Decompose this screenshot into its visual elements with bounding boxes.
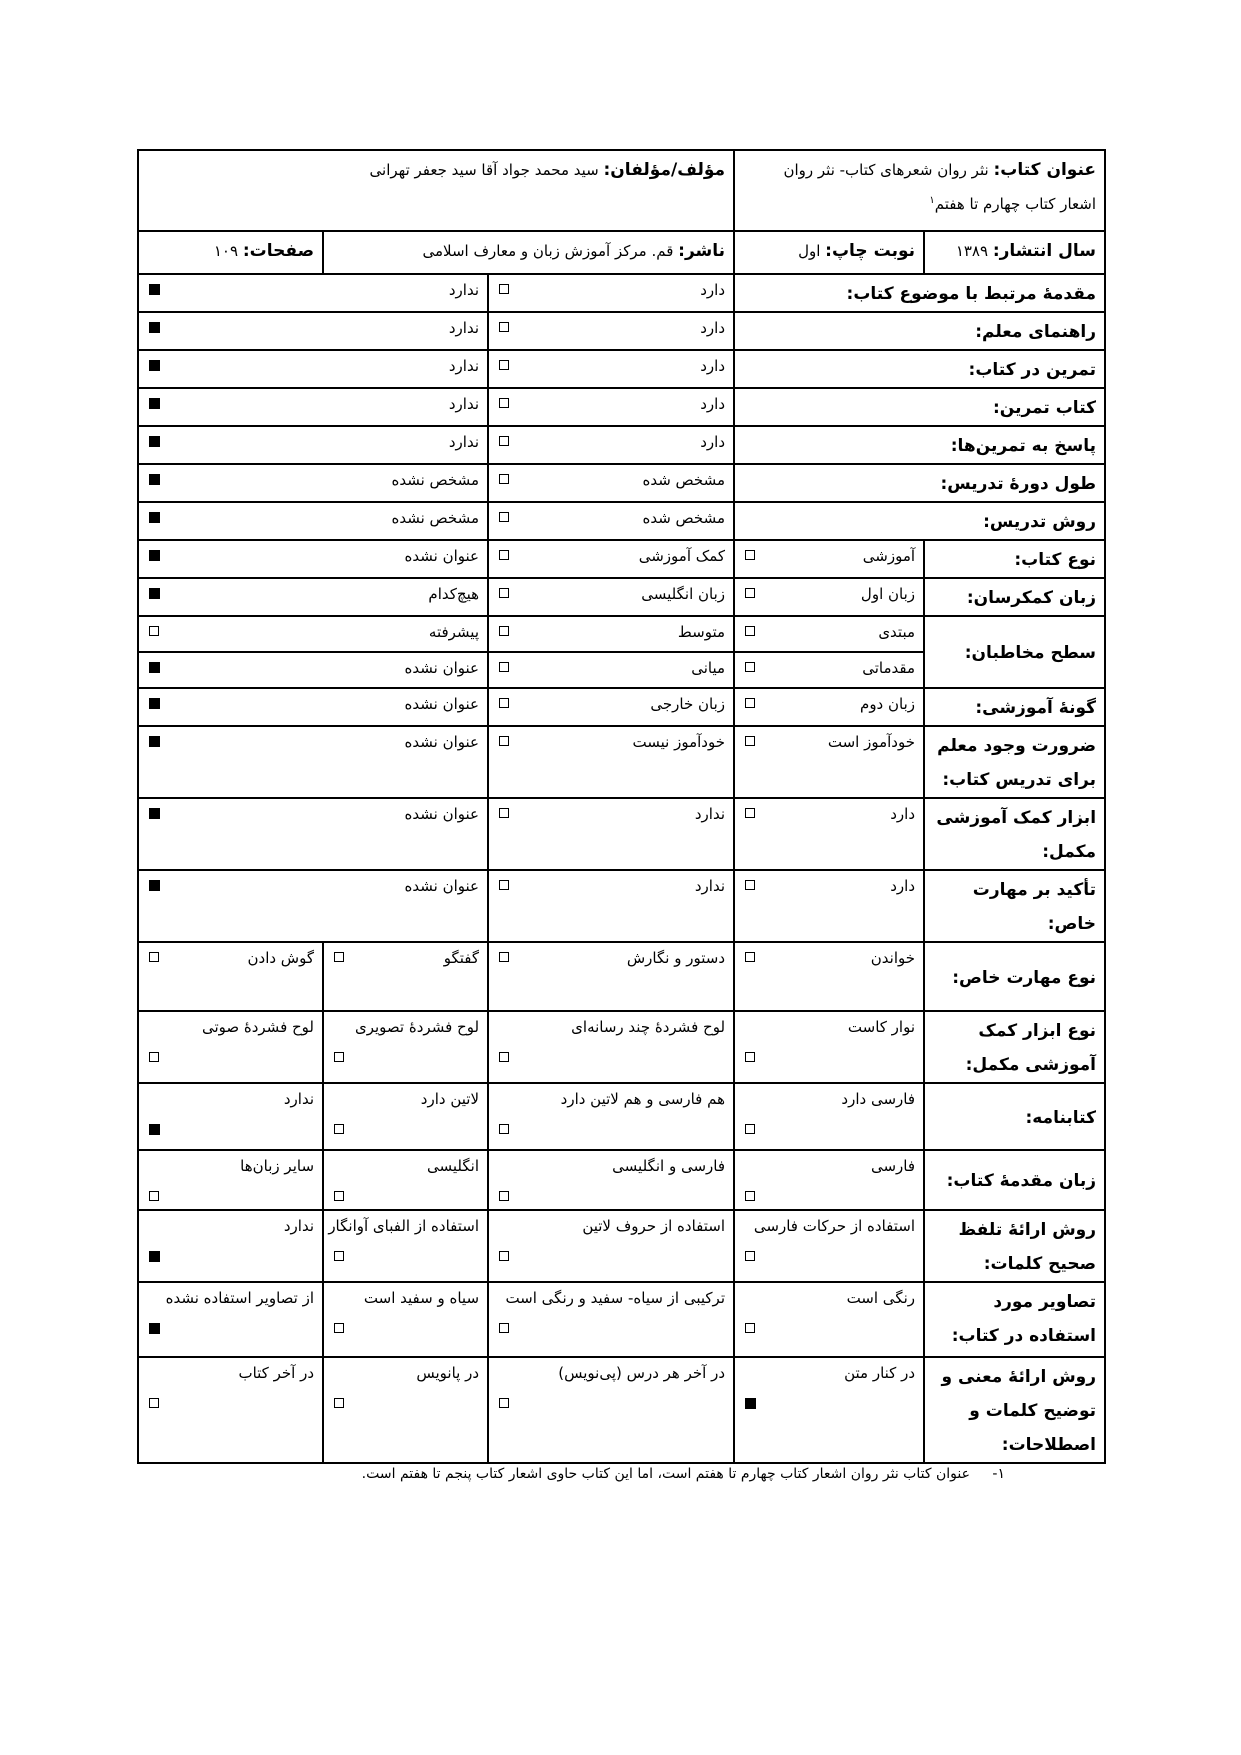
option-label: دارد [497,313,725,343]
footnote-number: ۱- [992,1466,1005,1482]
checkbox-checked-icon[interactable] [149,284,160,295]
publisher-label: ناشر: [678,241,725,261]
option-cell: ندارد [488,870,734,942]
option-label: مشخص نشده [147,503,479,533]
option-label: دارد [497,351,725,381]
option-cell: ندارد [138,1083,323,1150]
option-cell: مشخص شده [488,502,734,540]
option-label: ندارد [147,275,479,305]
pages-cell: صفحات: ۱۰۹ [138,231,323,274]
checkbox-unchecked-icon[interactable] [499,588,509,598]
option-cell: مشخص نشده [138,502,488,540]
option-cell: لوح فشردهٔ چند رسانه‌ای [488,1011,734,1083]
option-label: میانی [497,653,725,683]
option-label: استفاده از حروف لاتین [497,1211,725,1241]
option-label: زبان اول [743,579,915,609]
option-cell: پیشرفته [138,616,488,652]
checkbox-unchecked-icon[interactable] [499,880,509,890]
row-label: تأکید بر مهارت خاص: [924,870,1105,942]
option-label: ندارد [147,1084,314,1114]
option-cell: خواندن [734,942,924,1011]
row-label: کتابنامه: [924,1083,1105,1150]
option-label: دارد [743,799,915,829]
table-row: روش ارائهٔ معنی و توضیح کلمات و اصطلاحات… [138,1357,1105,1463]
option-label: استفاده از حرکات فارسی [743,1211,915,1241]
option-cell: عنوان نشده [138,870,488,942]
author-label: مؤلف/مؤلفان: [604,160,726,180]
option-label: دارد [497,389,725,419]
checkbox-unchecked-icon[interactable] [745,952,755,962]
table-row: زبان کمکرسان:زبان اولزبان انگلیسیهیچ‌کدا… [138,578,1105,616]
checkbox-unchecked-icon[interactable] [745,626,755,636]
option-cell: میانی [488,652,734,688]
row-label: راهنمای معلم: [734,312,1105,350]
row-label: روش ارائهٔ معنی و توضیح کلمات و اصطلاحات… [924,1357,1105,1463]
option-label: در کنار متن [743,1358,915,1388]
checkbox-unchecked-icon[interactable] [334,1323,344,1333]
option-label: سیاه و سفید است [332,1283,479,1313]
option-cell: زبان دوم [734,688,924,726]
checkbox-unchecked-icon[interactable] [499,626,509,636]
checkbox-unchecked-icon[interactable] [499,736,509,746]
option-cell: سایر زبان‌ها [138,1150,323,1210]
option-label: ترکیبی از سیاه- سفید و رنگی است [497,1283,725,1313]
option-label: رنگی است [743,1283,915,1313]
checkbox-unchecked-icon[interactable] [499,1052,509,1062]
row-label: زبان کمکرسان: [924,578,1105,616]
checkbox-unchecked-icon[interactable] [745,550,755,560]
checkbox-checked-icon[interactable] [149,360,160,371]
option-label: دارد [497,427,725,457]
option-label: لوح فشردهٔ تصویری [332,1012,479,1042]
option-cell: زبان انگلیسی [488,578,734,616]
checkbox-checked-icon[interactable] [149,1323,160,1334]
option-cell: دارد [488,426,734,464]
option-cell: لاتین دارد [323,1083,488,1150]
footnote-text: عنوان کتاب نثر روان اشعار کتاب چهارم تا … [362,1466,970,1482]
option-label: خواندن [743,943,915,973]
option-cell: متوسط [488,616,734,652]
title-author-row: عنوان کتاب: نثر روان شعرهای کتاب- نثر رو… [138,150,1105,231]
option-label: در آخر هر درس (پی‌نویس) [497,1358,725,1388]
table-row: ضرورت وجود معلم برای تدریس کتاب:خودآموز … [138,726,1105,798]
row-label: نوع کتاب: [924,540,1105,578]
option-label: دارد [497,275,725,305]
option-label: لاتین دارد [332,1084,479,1114]
table-row: روش ارائهٔ تلفظ صحیح کلمات:استفاده از حر… [138,1210,1105,1282]
checkbox-unchecked-icon[interactable] [334,1251,344,1261]
edition-label: نوبت چاپ: [825,241,915,261]
row-label: سطح مخاطبان: [924,616,1105,688]
checkbox-unchecked-icon[interactable] [745,1251,755,1261]
checkbox-checked-icon[interactable] [149,662,160,673]
book-info-table: عنوان کتاب: نثر روان شعرهای کتاب- نثر رو… [137,149,1106,1464]
option-label: عنوان نشده [147,689,479,719]
checkbox-checked-icon[interactable] [149,880,160,891]
option-cell: دارد [488,350,734,388]
option-label: انگلیسی [332,1151,479,1181]
row-label: ابزار کمک آموزشی مکمل: [924,798,1105,870]
checkbox-unchecked-icon[interactable] [745,1323,755,1333]
option-label: لوح فشردهٔ صوتی [147,1012,314,1042]
option-cell: در آخر کتاب [138,1357,323,1463]
publisher-value: قم. مرکز آموزش زبان و معارف اسلامی [423,242,674,260]
option-label: ندارد [497,799,725,829]
option-cell: دارد [734,870,924,942]
option-cell: دستور و نگارش [488,942,734,1011]
option-label: ندارد [147,389,479,419]
option-label: زبان دوم [743,689,915,719]
checkbox-checked-icon[interactable] [149,398,160,409]
table-row: کتاب تمرین:داردندارد [138,388,1105,426]
table-row: تأکید بر مهارت خاص:داردنداردعنوان نشده [138,870,1105,942]
option-cell: استفاده از حروف لاتین [488,1210,734,1282]
checkbox-checked-icon[interactable] [149,474,160,485]
option-cell: در کنار متن [734,1357,924,1463]
option-cell: ندارد [138,1210,323,1282]
option-label: دستور و نگارش [497,943,725,973]
row-label: نوع مهارت خاص: [924,942,1105,1011]
option-cell: رنگی است [734,1282,924,1357]
option-cell: دارد [488,312,734,350]
option-cell: مشخص نشده [138,464,488,502]
edition-value: اول [798,242,820,260]
option-cell: خودآموز نیست [488,726,734,798]
checkbox-unchecked-icon[interactable] [334,952,344,962]
option-label: فارسی [743,1151,915,1181]
option-cell: مقدماتی [734,652,924,688]
option-cell: استفاده از حرکات فارسی [734,1210,924,1282]
option-label: در پانویس [332,1358,479,1388]
table-row: تصاویر مورد استفاده در کتاب:رنگی استترکی… [138,1282,1105,1357]
table-row: نوع ابزار کمک آموزشی مکمل:نوار کاستلوح ف… [138,1011,1105,1083]
row-label: مقدمهٔ مرتبط با موضوع کتاب: [734,274,1105,312]
option-cell: انگلیسی [323,1150,488,1210]
option-cell: مشخص شده [488,464,734,502]
option-cell: دارد [488,274,734,312]
option-cell: عنوان نشده [138,540,488,578]
option-cell: دارد [734,798,924,870]
checkbox-checked-icon[interactable] [149,698,160,709]
option-cell: عنوان نشده [138,798,488,870]
title-label: عنوان کتاب: [993,160,1096,180]
checkbox-unchecked-icon[interactable] [499,662,509,672]
checkbox-unchecked-icon[interactable] [499,474,509,484]
footnote: ۱- عنوان کتاب نثر روان اشعار کتاب چهارم … [290,1462,1005,1486]
checkbox-unchecked-icon[interactable] [499,512,509,522]
checkbox-unchecked-icon[interactable] [499,1251,509,1261]
checkbox-unchecked-icon[interactable] [499,360,509,370]
option-cell: ندارد [138,426,488,464]
row-label: روش ارائهٔ تلفظ صحیح کلمات: [924,1210,1105,1282]
checkbox-unchecked-icon[interactable] [499,1398,509,1408]
year-value: ۱۳۸۹ [956,242,988,260]
checkbox-unchecked-icon[interactable] [745,1052,755,1062]
option-cell: نوار کاست [734,1011,924,1083]
title-cell: عنوان کتاب: نثر روان شعرهای کتاب- نثر رو… [734,150,1105,231]
book-review-form: عنوان کتاب: نثر روان شعرهای کتاب- نثر رو… [137,149,1104,1432]
author-value: سید محمد جواد آقا سید جعفر تهرانی [370,161,599,179]
checkbox-unchecked-icon[interactable] [745,880,755,890]
option-label: مشخص شده [497,503,725,533]
option-label: نوار کاست [743,1012,915,1042]
option-cell: زبان خارجی [488,688,734,726]
table-row: طول دورهٔ تدریس:مشخص شدهمشخص نشده [138,464,1105,502]
option-cell: از تصاویر استفاده نشده [138,1282,323,1357]
option-label: سایر زبان‌ها [147,1151,314,1181]
option-label: از تصاویر استفاده نشده [147,1283,314,1313]
checkbox-unchecked-icon[interactable] [334,1191,344,1201]
checkbox-checked-icon[interactable] [149,588,160,599]
option-cell: سیاه و سفید است [323,1282,488,1357]
checkbox-unchecked-icon[interactable] [745,808,755,818]
table-row: ابزار کمک آموزشی مکمل:داردنداردعنوان نشد… [138,798,1105,870]
checkbox-unchecked-icon[interactable] [499,1323,509,1333]
option-cell: در آخر هر درس (پی‌نویس) [488,1357,734,1463]
table-row: کتابنامه:فارسی داردهم فارسی و هم لاتین د… [138,1083,1105,1150]
checkbox-unchecked-icon[interactable] [149,952,159,962]
option-label: ندارد [147,351,479,381]
option-cell: ندارد [138,274,488,312]
pages-value: ۱۰۹ [214,242,238,260]
checkbox-unchecked-icon[interactable] [499,952,509,962]
checkbox-unchecked-icon[interactable] [149,1398,159,1408]
option-cell: ندارد [138,350,488,388]
checkbox-unchecked-icon[interactable] [745,662,755,672]
checkbox-unchecked-icon[interactable] [334,1124,344,1134]
option-cell: فارسی دارد [734,1083,924,1150]
pages-label: صفحات: [243,241,314,261]
checkbox-unchecked-icon[interactable] [499,698,509,708]
option-cell: کمک آموزشی [488,540,734,578]
option-label: پیشرفته [147,617,479,647]
table-row: نوع کتاب:آموزشیکمک آموزشیعنوان نشده [138,540,1105,578]
year-cell: سال انتشار: ۱۳۸۹ [924,231,1105,274]
checkbox-checked-icon[interactable] [149,550,160,561]
option-label: خودآموز نیست [497,727,725,757]
option-cell: گوش دادن [138,942,323,1011]
row-label: پاسخ به تمرین‌ها: [734,426,1105,464]
checkbox-checked-icon[interactable] [149,736,160,747]
option-label: هیچ‌کدام [147,579,479,609]
year-label: سال انتشار: [993,241,1096,261]
row-label: کتاب تمرین: [734,388,1105,426]
option-cell: آموزشی [734,540,924,578]
option-label: ندارد [147,1211,314,1241]
edition-cell: نوبت چاپ: اول [734,231,924,274]
option-label: در آخر کتاب [147,1358,314,1388]
row-label: ضرورت وجود معلم برای تدریس کتاب: [924,726,1105,798]
option-cell: هم فارسی و هم لاتین دارد [488,1083,734,1150]
author-cell: مؤلف/مؤلفان: سید محمد جواد آقا سید جعفر … [138,150,734,231]
option-label: دارد [743,871,915,901]
checkbox-unchecked-icon[interactable] [149,1052,159,1062]
option-label: عنوان نشده [147,799,479,829]
table-row: نوع مهارت خاص:خواندندستور و نگارشگفتگوگو… [138,942,1105,1011]
option-label: گفتگو [332,943,479,973]
option-cell: فارسی و انگلیسی [488,1150,734,1210]
row-label: نوع ابزار کمک آموزشی مکمل: [924,1011,1105,1083]
option-cell: فارسی [734,1150,924,1210]
option-cell: گفتگو [323,942,488,1011]
option-cell: لوح فشردهٔ تصویری [323,1011,488,1083]
option-cell: در پانویس [323,1357,488,1463]
checkbox-checked-icon[interactable] [149,322,160,333]
option-cell: ندارد [138,388,488,426]
option-cell: ندارد [488,798,734,870]
checkbox-unchecked-icon[interactable] [334,1398,344,1408]
option-cell: عنوان نشده [138,726,488,798]
option-label: ندارد [497,871,725,901]
row-label: روش تدریس: [734,502,1105,540]
option-label: متوسط [497,617,725,647]
checkbox-checked-icon[interactable] [745,1398,756,1409]
table-row: پاسخ به تمرین‌ها:داردندارد [138,426,1105,464]
option-cell: ندارد [138,312,488,350]
option-label: مبتدی [743,617,915,647]
checkbox-unchecked-icon[interactable] [499,398,509,408]
checkbox-unchecked-icon[interactable] [334,1052,344,1062]
option-label: آموزشی [743,541,915,571]
checkbox-unchecked-icon[interactable] [745,1124,755,1134]
option-label: کمک آموزشی [497,541,725,571]
option-cell: عنوان نشده [138,652,488,688]
option-cell: عنوان نشده [138,688,488,726]
checkbox-unchecked-icon[interactable] [745,698,755,708]
checkbox-unchecked-icon[interactable] [499,1191,509,1201]
table-row: تمرین در کتاب:داردندارد [138,350,1105,388]
option-cell: مبتدی [734,616,924,652]
option-label: ندارد [147,427,479,457]
checkbox-unchecked-icon[interactable] [499,436,509,446]
row-label: تمرین در کتاب: [734,350,1105,388]
option-cell: لوح فشردهٔ صوتی [138,1011,323,1083]
option-label: گوش دادن [147,943,314,973]
option-cell: هیچ‌کدام [138,578,488,616]
row-label: تصاویر مورد استفاده در کتاب: [924,1282,1105,1357]
checkbox-checked-icon[interactable] [149,808,160,819]
row-label: طول دورهٔ تدریس: [734,464,1105,502]
option-label: عنوان نشده [147,541,479,571]
option-label: عنوان نشده [147,727,479,757]
table-row: زبان مقدمهٔ کتاب:فارسیفارسی و انگلیسیانگ… [138,1150,1105,1210]
checkbox-unchecked-icon[interactable] [745,1191,755,1201]
option-label: عنوان نشده [147,653,479,683]
checkbox-checked-icon[interactable] [149,436,160,447]
checkbox-unchecked-icon[interactable] [499,322,509,332]
option-label: عنوان نشده [147,871,479,901]
option-label: زبان خارجی [497,689,725,719]
checkbox-checked-icon[interactable] [149,512,160,523]
option-label: زبان انگلیسی [497,579,725,609]
checkbox-unchecked-icon[interactable] [499,284,509,294]
option-label: هم فارسی و هم لاتین دارد [497,1084,725,1114]
table-row: راهنمای معلم:داردندارد [138,312,1105,350]
table-row: روش تدریس:مشخص شدهمشخص نشده [138,502,1105,540]
option-label: مشخص نشده [147,465,479,495]
checkbox-checked-icon[interactable] [149,1124,160,1135]
option-label: ندارد [147,313,479,343]
option-cell: خودآموز است [734,726,924,798]
table-row: سطح مخاطبان:مبتدیمتوسطپیشرفته [138,616,1105,652]
table-row: مقدمهٔ مرتبط با موضوع کتاب:داردندارد [138,274,1105,312]
checkbox-unchecked-icon[interactable] [745,736,755,746]
option-cell: استفاده از الفبای آوانگار [323,1210,488,1282]
option-cell: دارد [488,388,734,426]
option-label: مشخص شده [497,465,725,495]
table-row: گونهٔ آموزشی:زبان دومزبان خارجیعنوان نشد… [138,688,1105,726]
option-label: فارسی دارد [743,1084,915,1114]
publisher-cell: ناشر: قم. مرکز آموزش زبان و معارف اسلامی [323,231,734,274]
option-label: استفاده از الفبای آوانگار [332,1211,479,1241]
checkbox-unchecked-icon[interactable] [149,626,159,636]
checkbox-unchecked-icon[interactable] [149,1191,159,1201]
option-label: فارسی و انگلیسی [497,1151,725,1181]
checkbox-unchecked-icon[interactable] [499,808,509,818]
checkbox-unchecked-icon[interactable] [499,550,509,560]
option-label: لوح فشردهٔ چند رسانه‌ای [497,1012,725,1042]
option-label: مقدماتی [743,653,915,683]
option-cell: زبان اول [734,578,924,616]
publication-row: سال انتشار: ۱۳۸۹ نوبت چاپ: اول ناشر: قم.… [138,231,1105,274]
checkbox-checked-icon[interactable] [149,1251,160,1262]
row-label: زبان مقدمهٔ کتاب: [924,1150,1105,1210]
row-label: گونهٔ آموزشی: [924,688,1105,726]
checkbox-unchecked-icon[interactable] [499,1124,509,1134]
option-label: خودآموز است [743,727,915,757]
option-cell: ترکیبی از سیاه- سفید و رنگی است [488,1282,734,1357]
checkbox-unchecked-icon[interactable] [745,588,755,598]
